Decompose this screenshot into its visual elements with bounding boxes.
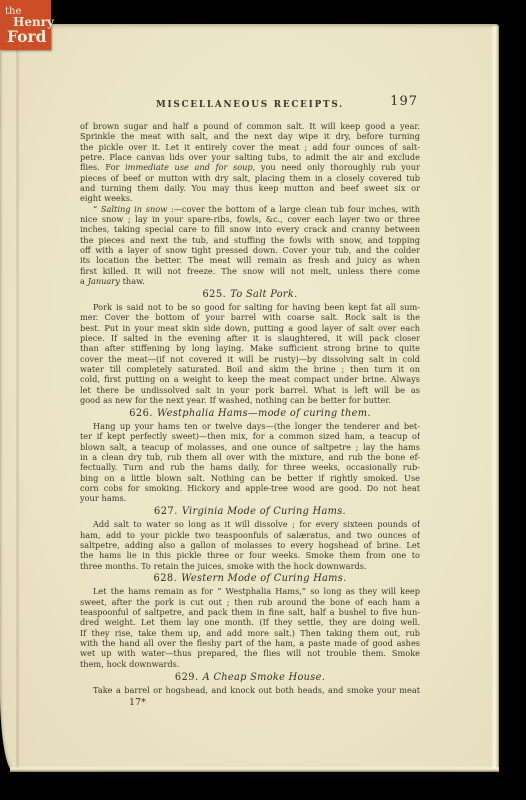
paragraph: Let the hams remain as for “ Westphalia …	[80, 586, 420, 669]
text-line: best. Put in your meat skin side down, p…	[80, 323, 420, 333]
italic-text: Western Mode of Curing Hams.	[181, 573, 346, 584]
text-line: them, hock downwards.	[80, 659, 420, 669]
text-line: piece. If salted in the evening after it…	[80, 333, 420, 343]
text-line: its location the better. The meat will r…	[80, 255, 420, 265]
page-edge-bottom	[10, 766, 499, 772]
text-line: Add salt to water so long as it will dis…	[80, 519, 420, 529]
text-line: let there be undissolved salt in your po…	[80, 385, 420, 395]
text-line: Hang up your hams ten or twelve days—(th…	[80, 421, 420, 431]
section-heading: 628.Western Mode of Curing Hams.	[80, 573, 420, 584]
text-line: Take a barrel or hogshead, and knock out…	[80, 685, 420, 695]
text-line: of brown sugar and half a pound of commo…	[80, 121, 420, 131]
paragraph: of brown sugar and half a pound of commo…	[80, 121, 420, 204]
section-heading: 627.Virginia Mode of Curing Hams.	[80, 506, 420, 517]
book-page: MISCELLANEOUS RECEIPTS. 197 of brown sug…	[0, 24, 499, 772]
text-segment: 628.	[153, 573, 177, 584]
text-line: sweet, after the pork is cut out ; then …	[80, 597, 420, 607]
text-segment: :—cover the bottom of a large clean tub …	[167, 204, 420, 214]
text-line: the pickle over it. Let it entirely cove…	[80, 142, 420, 152]
text-segment: 625.	[202, 289, 226, 300]
paragraph: Add salt to water so long as it will dis…	[80, 519, 420, 571]
text-segment: flies. For	[80, 162, 125, 172]
page-gutter-shadow	[16, 24, 20, 772]
signature-mark: 17*	[80, 697, 420, 708]
section-heading: 625.To Salt Pork.	[80, 289, 420, 300]
text-line: petre. Place canvas lids over your salti…	[80, 152, 420, 162]
text-segment: 629.	[175, 672, 199, 683]
text-line: ham, add to your pickle two teaspoonfuls…	[80, 530, 420, 540]
paragraph: Hang up your hams ten or twelve days—(th…	[80, 421, 420, 504]
text-segment: , you need only thoroughly rub your	[253, 162, 420, 172]
henry-ford-logo: the Henry Ford	[0, 0, 51, 50]
text-line: and turning them daily. You may thus kee…	[80, 183, 420, 193]
italic-text: To Salt Pork.	[230, 289, 297, 300]
text-line: off with a layer of snow tight pressed d…	[80, 245, 420, 255]
text-line: nice snow ; lay in your spare-ribs, fowl…	[80, 214, 420, 224]
page-edge-right	[491, 26, 499, 770]
page-text: of brown sugar and half a pound of commo…	[80, 121, 420, 708]
text-line: good as new for the next year. If washed…	[80, 395, 420, 405]
page-number: 197	[390, 94, 418, 109]
text-line: cover the meat—(if not covered it will b…	[80, 354, 420, 364]
text-line: wet up with water—thus prepared, the fli…	[80, 648, 420, 658]
text-line: bing on a little blown salt. Nothing can…	[80, 473, 420, 483]
italic-text: immediate use and for soup	[125, 162, 253, 172]
text-segment: a	[80, 276, 88, 286]
text-line: eight weeks.	[80, 193, 420, 203]
text-line: pieces of beef or mutton with dry salt, …	[80, 173, 420, 183]
text-segment: 626.	[129, 408, 153, 419]
text-line: cold, first putting on a weight to keep …	[80, 374, 420, 384]
text-line: inches, taking special care to fill snow…	[80, 224, 420, 234]
text-line: water till completely saturated. Boil an…	[80, 364, 420, 374]
text-line: blown salt, a teacup of molasses, and on…	[80, 442, 420, 452]
paragraph: Take a barrel or hogshead, and knock out…	[80, 685, 420, 695]
text-line: the pieces and next the tub, and stuffin…	[80, 235, 420, 245]
text-line: If they rise, take them up, and add more…	[80, 628, 420, 638]
paragraph: “ Salting in snow :—cover the bottom of …	[80, 204, 420, 287]
italic-text: Virginia Mode of Curing Hams.	[182, 506, 346, 517]
running-title: MISCELLANEOUS RECEIPTS.	[80, 100, 420, 110]
text-segment: 627.	[154, 506, 178, 517]
text-line: than after stiffening by long laying. Ma…	[80, 343, 420, 353]
text-line: in a clean dry tub, rub them all over wi…	[80, 452, 420, 462]
section-heading: 626.Westphalia Hams—mode of curing them.	[80, 408, 420, 419]
text-line: mer. Cover the bottom of your barrel wit…	[80, 312, 420, 322]
italic-text: January	[88, 276, 120, 286]
text-line: “ Salting in snow :—cover the bottom of …	[80, 204, 420, 214]
text-line: ter if kept perfectly sweet)—then mix, f…	[80, 431, 420, 441]
section-heading: 629.A Cheap Smoke House.	[80, 672, 420, 683]
italic-text: Westphalia Hams—mode of curing them.	[157, 408, 371, 419]
italic-text: A Cheap Smoke House.	[203, 672, 325, 683]
text-line: teaspoonful of saltpetre, and pack them …	[80, 607, 420, 617]
text-line: fectually. Turn and rub the hams daily, …	[80, 462, 420, 472]
text-line: dred weight. Let them lay one month. (If…	[80, 617, 420, 627]
text-line: three months. To retain the juices, smok…	[80, 561, 420, 571]
text-line: Pork is said not to be so good for salti…	[80, 302, 420, 312]
text-line: saltpetre, adding also a gallon of molas…	[80, 540, 420, 550]
text-line: flies. For immediate use and for soup, y…	[80, 162, 420, 172]
text-line: the hams lie in this pickle three or fou…	[80, 550, 420, 560]
scan-background: MISCELLANEOUS RECEIPTS. 197 of brown sug…	[0, 0, 526, 800]
logo-word-ford: Ford	[7, 27, 47, 46]
text-line: Let the hams remain as for “ Westphalia …	[80, 586, 420, 596]
text-line: Sprinkle the meat with salt, and the nex…	[80, 131, 420, 141]
text-line: first killed. It will not freeze. The sn…	[80, 266, 420, 276]
italic-text: Salting in snow	[101, 204, 167, 214]
paragraph: Pork is said not to be so good for salti…	[80, 302, 420, 405]
text-segment: “	[93, 204, 101, 214]
text-line: a January thaw.	[80, 276, 420, 286]
page-header: MISCELLANEOUS RECEIPTS. 197	[80, 96, 420, 116]
text-line: corn cobs for smoking. Hickory and apple…	[80, 483, 420, 493]
text-segment: thaw.	[120, 276, 145, 286]
text-line: your hams.	[80, 493, 420, 503]
text-line: with the hand all over the fleshy part o…	[80, 638, 420, 648]
